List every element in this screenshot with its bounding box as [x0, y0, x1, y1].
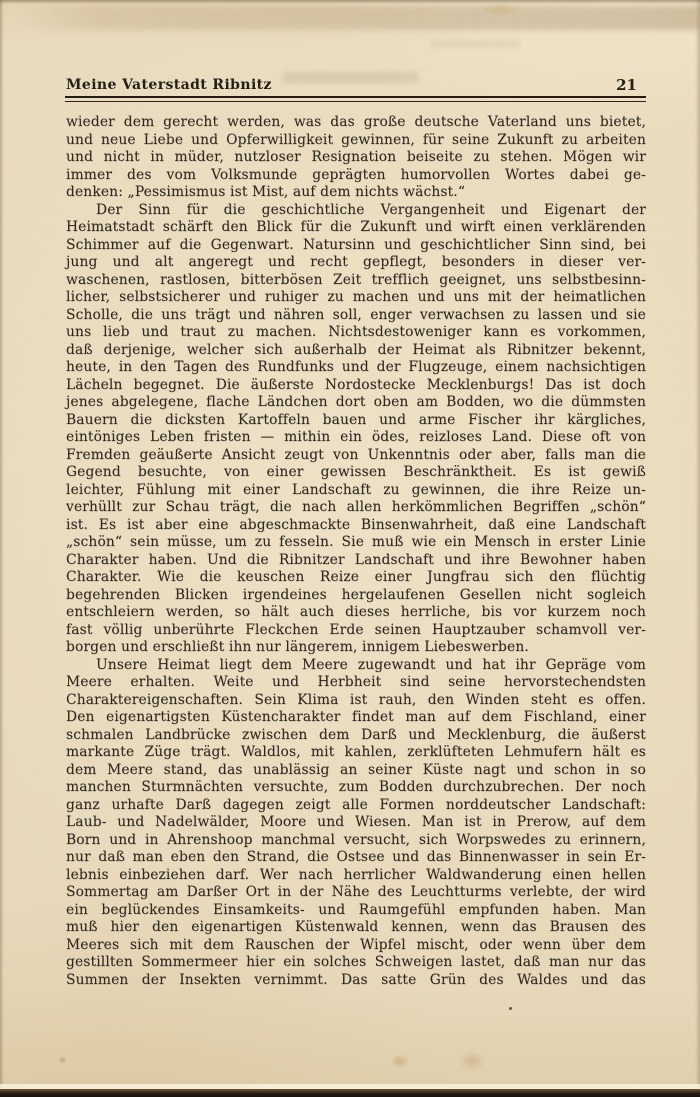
- page-body: wieder dem gerecht werden, was das große…: [66, 114, 646, 989]
- text-line: Lächeln begegnet. Die äußerste Nordostec…: [66, 377, 646, 395]
- text-line: Den eigenartigsten Küstencharakter finde…: [66, 709, 646, 727]
- scan-left-edge: [0, 0, 4, 1097]
- paragraph: Unsere Heimat liegt dem Meere zugewandt …: [66, 657, 646, 990]
- scan-right-edge: [695, 0, 700, 1097]
- text-line: ist. Es ist aber eine abgeschmackte Bins…: [66, 517, 646, 535]
- text-line: daß derjenige, welcher sich außerhalb de…: [66, 342, 646, 360]
- text-line: Bauern die dicksten Kartoffeln bauen und…: [66, 412, 646, 430]
- paper-stain: [458, 1050, 486, 1072]
- text-line: uns lieb und traut zu machen. Nichtsdest…: [66, 324, 646, 342]
- text-line: Born und in Ahrenshoop manchmal versucht…: [66, 832, 646, 850]
- page-number: 21: [616, 76, 637, 94]
- text-line: heute, in den Tagen des Rundfunks und de…: [66, 359, 646, 377]
- text-line: markante Züge trägt. Waldlos, mit kahlen…: [66, 744, 646, 762]
- header-rule-thin: [65, 101, 646, 102]
- text-line: Laub- und Nadelwälder, Moore und Wiesen.…: [66, 814, 646, 832]
- text-line: schmalen Landbrücke zwischen dem Darß un…: [66, 727, 646, 745]
- paper-stain: [58, 1056, 67, 1064]
- text-line: ein beglückendes Einsamkeits- und Raumge…: [66, 902, 646, 920]
- text-line: Unsere Heimat liegt dem Meere zugewandt …: [66, 657, 646, 675]
- text-line: Heimatstadt schärft den Blick für die Zu…: [66, 219, 646, 237]
- text-line: Scholle, die uns trägt und nähren soll, …: [66, 307, 646, 325]
- text-line: und nicht in müder, nutzloser Resignatio…: [66, 149, 646, 167]
- text-line: Schimmer auf die Gegenwart. Natursinn un…: [66, 237, 646, 255]
- text-line: Gegend besuchte, von einer gewissen Besc…: [66, 464, 646, 482]
- text-line: Charaktereigenschaften. Sein Klima ist r…: [66, 692, 646, 710]
- showthrough-text: [430, 40, 520, 48]
- text-line: licher, selbstsicherer und ruhiger zu ma…: [66, 289, 646, 307]
- text-line: Der Sinn für die geschichtliche Vergange…: [66, 202, 646, 220]
- text-line: Charakter haben. Und die Ribnitzer Lands…: [66, 552, 646, 570]
- text-line: jung und alt angeregt und recht gepflegt…: [66, 254, 646, 272]
- text-line: dem Meere stand, das unablässig an seine…: [66, 762, 646, 780]
- text-line: und neue Liebe und Opferwilligkeit gewin…: [66, 132, 646, 150]
- text-line: immer des vom Volksmunde geprägten humor…: [66, 167, 646, 185]
- text-line: Summen der Insekten vernimmt. Das satte …: [66, 972, 646, 990]
- text-line: wieder dem gerecht werden, was das große…: [66, 114, 646, 132]
- text-line: lebnis einbeziehen darf. Wer nach herrli…: [66, 867, 646, 885]
- scan-top-shadow: [20, 6, 700, 30]
- text-line: Fremden geäußerte Ansicht zeugt von Unke…: [66, 447, 646, 465]
- text-line: nur daß man eben den Strand, die Ostsee …: [66, 849, 646, 867]
- paragraph: wieder dem gerecht werden, was das große…: [66, 114, 646, 202]
- text-line: Meere erhalten. Weite und Herbheit sind …: [66, 674, 646, 692]
- text-line: entschleiern werden, so hält auch dieses…: [66, 604, 646, 622]
- text-line: fast völlig unberührte Fleckchen Erde se…: [66, 622, 646, 640]
- header-rule-thick: [65, 96, 646, 98]
- text-line: Charakter. Wie die keuschen Reize einer …: [66, 569, 646, 587]
- text-line: leichter, Fühlung mit einer Landschaft z…: [66, 482, 646, 500]
- text-line: denken: „Pessimismus ist Mist, auf dem n…: [66, 184, 646, 202]
- running-header-title: Meine Vaterstadt Ribnitz: [66, 77, 272, 93]
- showthrough-text: [283, 72, 418, 83]
- text-line: Sommertag am Darßer Ort in der Nähe des …: [66, 884, 646, 902]
- text-line: waschenen, rastlosen, bitterbösen Zeit t…: [66, 272, 646, 290]
- paper-stain: [480, 2, 520, 16]
- text-line: begehrenden Blicken irgendeines hergelau…: [66, 587, 646, 605]
- scan-bottom-edge: [0, 1089, 700, 1097]
- text-line: „schön“ sein müsse, um zu fesseln. Sie m…: [66, 534, 646, 552]
- paper-stain: [390, 1054, 410, 1068]
- paper-speck: [509, 1007, 512, 1010]
- scanned-book-page: Meine Vaterstadt Ribnitz 21 wieder dem g…: [0, 0, 700, 1097]
- paragraph: Der Sinn für die geschichtliche Vergange…: [66, 202, 646, 657]
- text-line: gestillten Sommermeer hier ein solches S…: [66, 954, 646, 972]
- text-line: eintöniges Leben fristen — mithin ein öd…: [66, 429, 646, 447]
- text-line: Meeres sich mit dem Rauschen der Wipfel …: [66, 937, 646, 955]
- text-line: muß hier den eigenartigen Küstenwald ken…: [66, 919, 646, 937]
- scan-top-edge: [0, 0, 700, 4]
- text-line: manchen Sturmnächten versuchte, zum Bodd…: [66, 779, 646, 797]
- text-line: borgen und erschließt ihn nur längerem, …: [66, 639, 646, 657]
- text-line: ganz urhafte Darß dagegen zeigt alle For…: [66, 797, 646, 815]
- text-line: verhüllt zur Schau trägt, die nach allen…: [66, 499, 646, 517]
- text-line: jenes abgelegene, flache Ländchen dort o…: [66, 394, 646, 412]
